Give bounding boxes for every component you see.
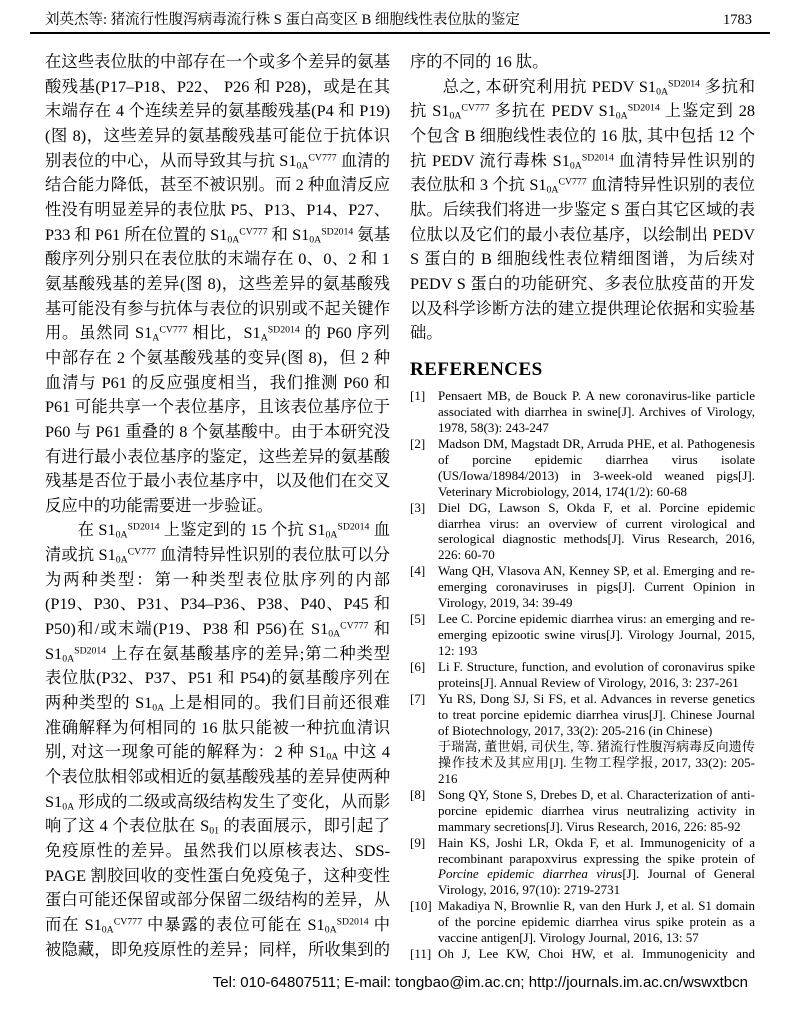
reference-item: [9]Hain KS, Joshi LR, Okda F, et al. Imm… [410,835,755,899]
reference-text: Diel DG, Lawson S, Okda F, et al. Porcin… [438,500,755,563]
reference-label: [6] [410,659,438,675]
reference-label: [4] [410,563,438,579]
reference-text: Wang QH, Vlasova AN, Kenney SP, et al. E… [438,563,755,610]
reference-item: [1]Pensaert MB, de Bouck P. A new corona… [410,388,755,436]
reference-text: Li F. Structure, function, and evolution… [438,659,755,690]
reference-item: [4]Wang QH, Vlasova AN, Kenney SP, et al… [410,563,755,611]
right-column-paragraphs: 序的不同的 16 肽。总之, 本研究利用抗 PEDV S10ASD2014 多抗… [410,50,755,346]
page-number: 1783 [723,11,752,29]
reference-text: Song QY, Stone S, Drebes D, et al. Chara… [438,787,755,834]
running-title: 刘英杰等: 猪流行性腹泻病毒流行株 S 蛋白高变区 B 细胞线性表位肽的鉴定 [45,11,520,29]
reference-text: Oh J, Lee KW, Choi HW, et al. Immunogeni… [438,946,755,963]
references-heading: REFERENCES [410,359,755,381]
reference-item: [5]Lee C. Porcine epidemic diarrhea viru… [410,611,755,659]
two-column-body: 在这些表位肽的中部存在一个或多个差异的氨基酸残基(P17–P18、P22、 P2… [45,50,755,963]
reference-item: [7]Yu RS, Dong SJ, Si FS, et al. Advance… [410,691,755,787]
reference-label: [10] [410,898,438,914]
journal-footer: Tel: 010-64807511; E-mail: tongbao@im.ac… [213,973,748,993]
reference-label: [5] [410,611,438,627]
reference-label: [9] [410,835,438,851]
journal-page: 刘英杰等: 猪流行性腹泻病毒流行株 S 蛋白高变区 B 细胞线性表位肽的鉴定 1… [0,0,800,1019]
left-column: 在这些表位肽的中部存在一个或多个差异的氨基酸残基(P17–P18、P22、 P2… [45,50,390,963]
reference-label: [8] [410,787,438,803]
reference-label: [3] [410,500,438,516]
right-column: 序的不同的 16 肽。总之, 本研究利用抗 PEDV S10ASD2014 多抗… [410,50,755,963]
running-head: 刘英杰等: 猪流行性腹泻病毒流行株 S 蛋白高变区 B 细胞线性表位肽的鉴定 1… [0,0,800,29]
reference-item: [8]Song QY, Stone S, Drebes D, et al. Ch… [410,787,755,835]
reference-label: [11] [410,946,438,962]
reference-item: [11]Oh J, Lee KW, Choi HW, et al. Immuno… [410,946,755,963]
body-paragraph: 序的不同的 16 肽。 [410,50,755,75]
reference-chinese-text: 于瑞嵩, 董世娟, 司伏生, 等. 猪流行性腹泻病毒反向遗传操作技术及其应用[J… [438,739,755,787]
reference-text: Hain KS, Joshi LR, Okda F, et al. Immuno… [438,835,755,898]
reference-label: [1] [410,388,438,404]
header-divider [30,32,770,34]
reference-item: [10]Makadiya N, Brownlie R, van den Hurk… [410,898,755,946]
reference-label: [7] [410,691,438,707]
reference-text: Pensaert MB, de Bouck P. A new coronavir… [438,388,755,435]
reference-label: [2] [410,436,438,452]
body-paragraph: 总之, 本研究利用抗 PEDV S10ASD2014 多抗和抗 S10ACV77… [410,75,755,346]
reference-item: [3]Diel DG, Lawson S, Okda F, et al. Por… [410,500,755,564]
reference-item: [2]Madson DM, Magstadt DR, Arruda PHE, e… [410,436,755,500]
body-paragraph: 在 S10ASD2014 上鉴定到的 15 个抗 S10ASD2014 血清或抗… [45,518,390,963]
reference-text: Yu RS, Dong SJ, Si FS, et al. Advances i… [438,691,755,738]
reference-text: Makadiya N, Brownlie R, van den Hurk J, … [438,898,755,945]
reference-text: Lee C. Porcine epidemic diarrhea virus: … [438,611,755,658]
references-list: [1]Pensaert MB, de Bouck P. A new corona… [410,388,755,963]
reference-item: [6]Li F. Structure, function, and evolut… [410,659,755,691]
reference-text: Madson DM, Magstadt DR, Arruda PHE, et a… [438,436,755,499]
body-paragraph: 在这些表位肽的中部存在一个或多个差异的氨基酸残基(P17–P18、P22、 P2… [45,50,390,518]
